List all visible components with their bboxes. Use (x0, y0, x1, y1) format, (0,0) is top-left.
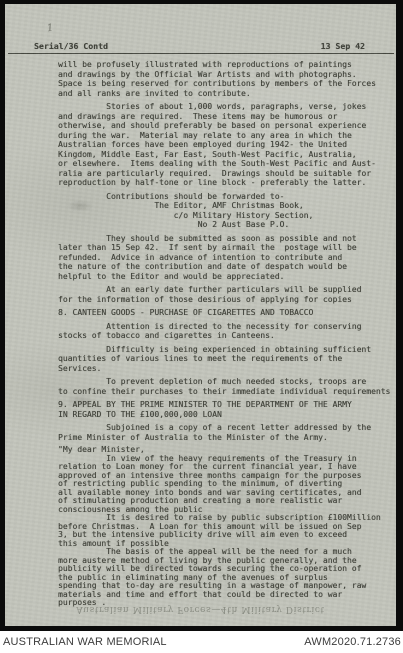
typed-paragraph: At an early date further particulars wil… (58, 285, 392, 304)
typed-paragraph: Subjoined is a copy of a recent letter a… (58, 423, 392, 442)
institution-label: AUSTRALIAN WAR MEMORIAL (3, 636, 167, 648)
typed-paragraph: To prevent depletion of much needed stoc… (58, 377, 392, 396)
serial-label: Serial/36 Contd (34, 41, 108, 51)
date-label: 13 Sep 42 (321, 41, 365, 51)
typed-paragraph: 9. APPEAL BY THE PRIME MINISTER TO THE D… (58, 400, 392, 419)
typed-body: will be profusely illustrated with repro… (58, 60, 392, 608)
typed-paragraph: Attention is directed to the necessity f… (58, 322, 392, 341)
document-scan: 1 Serial/36 Contd 13 Sep 42 will be prof… (0, 0, 403, 631)
typed-paragraph: will be profusely illustrated with repro… (58, 60, 392, 98)
pencil-annotation: 1 (46, 23, 54, 35)
typed-paragraph: Stories of about 1,000 words, paragraphs… (58, 102, 392, 188)
page-header: Serial/36 Contd 13 Sep 42 (8, 41, 394, 54)
footer-bar: AUSTRALIAN WAR MEMORIAL AWM2020.71.2736 (0, 631, 403, 653)
accession-number: AWM2020.71.2736 (304, 636, 401, 648)
typed-paragraph: 8. CANTEEN GOODS - PURCHASE OF CIGARETTE… (58, 308, 392, 318)
typed-paragraph: Contributions should be forwarded to- Th… (58, 192, 392, 230)
typed-paragraph: They should be submitted as soon as poss… (58, 234, 392, 282)
typed-paragraph: Difficulty is being experienced in obtai… (58, 345, 392, 374)
paper-page: 1 Serial/36 Contd 13 Sep 42 will be prof… (5, 4, 396, 626)
typed-paragraph: "My dear Minister, In view of the heavy … (58, 446, 392, 608)
